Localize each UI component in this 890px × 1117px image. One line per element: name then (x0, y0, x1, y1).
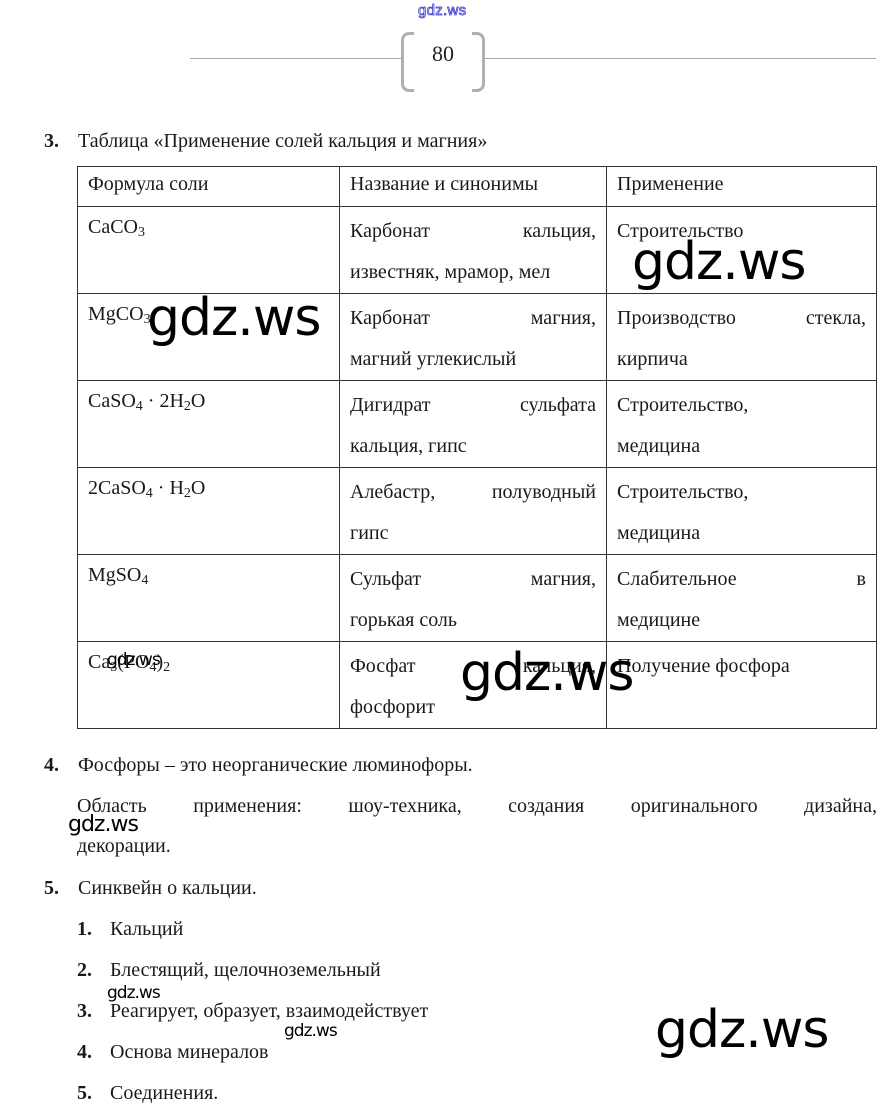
task-text: Фосфоры – это неорганические люминофоры. (78, 754, 473, 776)
task-number: 3. (44, 128, 78, 154)
watermark: gdz.ws (460, 643, 633, 703)
task-title: Синквейн о кальции. (78, 877, 257, 899)
watermark: gdz.ws (632, 232, 805, 292)
task-number: 5. (44, 875, 78, 901)
watermark: gdz.ws (107, 983, 160, 1003)
formula-cell: CaSO4 · 2H2O (78, 381, 340, 468)
formula-cell: 2CaSO4 · H2O (78, 468, 340, 555)
usage-cell: Слабительное вмедицине (607, 555, 877, 642)
header-rule-right (484, 58, 876, 59)
usage-cell: Строительство,медицина (607, 381, 877, 468)
table-row: CaSO4 · 2H2O Дигидрат сульфатакальция, г… (78, 381, 877, 468)
usage-cell: Производство стекла,кирпича (607, 294, 877, 381)
watermark: gdz.ws (284, 1021, 337, 1041)
header-formula: Формула соли (78, 167, 340, 207)
name-cell: Алебастр, полуводныйгипс (340, 468, 607, 555)
task-5-heading: 5.Синквейн о кальции. (44, 875, 257, 901)
name-cell: Карбонат кальция,известняк, мрамор, мел (340, 207, 607, 294)
cinquain-item: 1.Кальций (77, 916, 183, 942)
task-4-heading: 4.Фосфоры – это неорганические люминофор… (44, 752, 473, 778)
name-cell: Дигидрат сульфатакальция, гипс (340, 381, 607, 468)
table-row: 2CaSO4 · H2O Алебастр, полуводныйгипс Ст… (78, 468, 877, 555)
table-row: MgSO4 Сульфат магния,горькая соль Слабит… (78, 555, 877, 642)
usage-cell: Получение фосфора (607, 642, 877, 729)
cinquain-item: 2.Блестящий, щелочноземельный (77, 957, 381, 983)
watermark-top: gdz.ws (418, 2, 467, 19)
task-number: 4. (44, 752, 78, 778)
cinquain-item: 4.Основа минералов (77, 1039, 269, 1065)
watermark: gdz.ws (68, 812, 138, 837)
cinquain-item: 5.Соединения. (77, 1080, 218, 1106)
watermark: gdz.ws (655, 1000, 828, 1060)
task-4-paragraph: Область применения: шоу-техника, создани… (77, 786, 877, 866)
name-cell: Карбонат магния,магний углекислый (340, 294, 607, 381)
name-cell: Сульфат магния,горькая соль (340, 555, 607, 642)
watermark: gdz.ws (107, 650, 160, 670)
task-3-heading: 3.Таблица «Применение солей кальция и ма… (44, 128, 487, 154)
watermark: gdz.ws (147, 288, 320, 348)
header-rule-left (190, 58, 402, 59)
header-name: Название и синонимы (340, 167, 607, 207)
formula-cell: CaCO3 (78, 207, 340, 294)
task-title: Таблица «Применение солей кальция и магн… (78, 130, 487, 152)
usage-cell: Строительство,медицина (607, 468, 877, 555)
formula-cell: MgSO4 (78, 555, 340, 642)
page-number: 80 (401, 41, 485, 67)
header-usage: Применение (607, 167, 877, 207)
table-header-row: Формула соли Название и синонимы Примене… (78, 167, 877, 207)
page-number-frame: 80 (401, 32, 485, 88)
